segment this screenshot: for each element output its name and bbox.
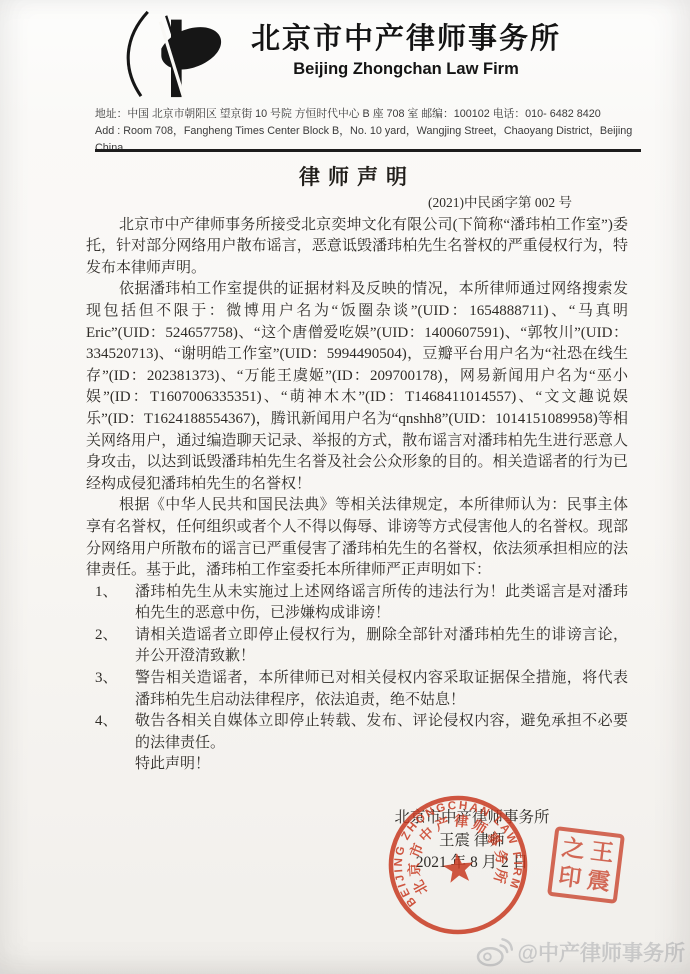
firm-name-zh: 北京市中产律师事务所 <box>238 16 574 57</box>
statement-title: 律师声明 <box>86 167 628 189</box>
seal-char: 之 <box>557 834 589 864</box>
declaration-item: 4、 敬告各相关自媒体立即停止转载、发布、评论侵权内容，避免承担不必要的法律责任… <box>95 711 628 754</box>
item-text: 警告相关造谣者，本所律师已对相关侵权内容采取证据保全措施，将代表潘玮柏先生启动法… <box>135 668 628 711</box>
item-text: 敬告各相关自媒体立即停止转载、发布、评论侵权内容，避免承担不必要的法律责任。 <box>135 711 628 754</box>
item-text: 潘玮柏先生从未实施过上述网络谣言所传的违法行为！此类谣言是对潘玮柏先生的恶意中伤… <box>135 582 628 625</box>
seal-char: 印 <box>554 862 586 892</box>
item-number: 3、 <box>95 668 135 711</box>
statement-body: 律师声明 (2021)中民函字第 002 号 北京市中产律师事务所接受北京奕坤文… <box>86 157 628 776</box>
declaration-item: 3、 警告相关造谣者，本所律师已对相关侵权内容采取证据保全措施，将代表潘玮柏先生… <box>95 668 628 711</box>
round-official-seal-icon: BEIJING ZHONGCHAN LAW FIRM 北京市中产律师事务所 <box>377 784 540 947</box>
paragraph-legal-basis: 根据《中华人民共和国民法典》等相关法律规定，本所律师认为：民事主体享有名誉权，任… <box>86 495 628 581</box>
item-text: 请相关造谣者立即停止侵权行为，删除全部针对潘玮柏先生的诽谤言论，并公开澄清致歉！ <box>135 625 628 668</box>
seal-char: 王 <box>586 837 618 867</box>
item-number: 1、 <box>95 582 135 625</box>
square-name-seal: 之 王 印 震 <box>547 826 625 904</box>
item-number: 4、 <box>95 711 135 754</box>
paragraph-findings: 依据潘玮柏工作室提供的证据材料及反映的情况，本所律师通过网络搜索发现包括但不限于… <box>86 279 628 495</box>
firm-name-en: Beijing Zhongchan Law Firm <box>238 60 574 79</box>
scanned-lawyer-statement-page: 北京市中产律师事务所 Beijing Zhongchan Law Firm 地址… <box>0 0 690 974</box>
weibo-watermark: @中产律师事务所 <box>475 936 685 968</box>
document-number: (2021)中民函字第 002 号 <box>86 194 628 212</box>
declaration-item: 1、 潘玮柏先生从未实施过上述网络谣言所传的违法行为！此类谣言是对潘玮柏先生的恶… <box>95 582 628 625</box>
item-number: 2、 <box>95 625 135 668</box>
closing-line: 特此声明！ <box>86 754 628 776</box>
letterhead: 北京市中产律师事务所 Beijing Zhongchan Law Firm <box>238 16 574 79</box>
address-line-zh: 地址：中国 北京市朝阳区 望京街 10 号院 方恒时代中心 B 座 708 室 … <box>95 106 643 123</box>
declaration-list: 1、 潘玮柏先生从未实施过上述网络谣言所传的违法行为！此类谣言是对潘玮柏先生的恶… <box>86 582 628 755</box>
seal-star-icon <box>442 851 475 883</box>
weibo-icon <box>475 936 513 968</box>
declaration-item: 2、 请相关造谣者立即停止侵权行为，删除全部针对潘玮柏先生的诽谤言论，并公开澄清… <box>95 625 628 668</box>
law-firm-logo-icon <box>112 8 230 100</box>
watermark-text: @中产律师事务所 <box>518 937 685 967</box>
seal-char: 震 <box>583 866 615 896</box>
paragraph-intro: 北京市中产律师事务所接受北京奕坤文化有限公司(下简称“潘玮柏工作室”)委托，针对… <box>86 215 628 280</box>
letterhead-divider <box>95 149 641 152</box>
